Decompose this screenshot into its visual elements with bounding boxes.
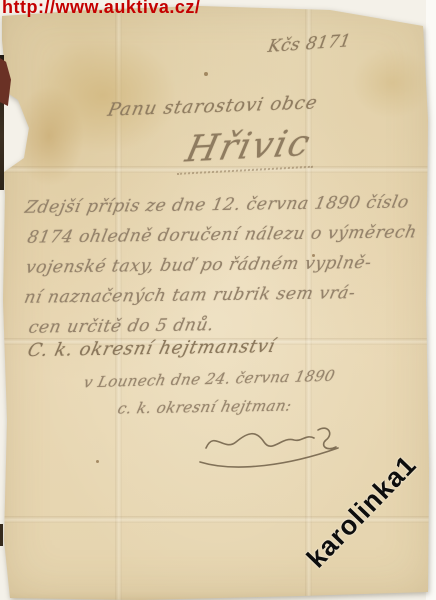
foxing-speck — [96, 460, 99, 463]
torn-edge-shadow — [0, 524, 3, 546]
reference-number: Kčs 8171 — [266, 31, 352, 57]
office-line: C. k. okresní hejtmanství — [26, 336, 278, 361]
auction-site-watermark: http://www.auktiva.cz/ — [2, 0, 200, 18]
signature — [198, 416, 348, 476]
age-stain — [352, 48, 432, 118]
signer-title-line: c. k. okresní hejtman: — [116, 396, 294, 417]
letter-body: Zdejší přípis ze dne 12. června 1890 čís… — [25, 187, 418, 342]
scanned-letter-image: Kčs 8171 Panu starostovi obce Hřivic Zde… — [0, 0, 436, 600]
foxing-speck — [204, 72, 208, 76]
age-stain — [14, 86, 84, 186]
addressee-name: Hřivic — [177, 122, 323, 175]
